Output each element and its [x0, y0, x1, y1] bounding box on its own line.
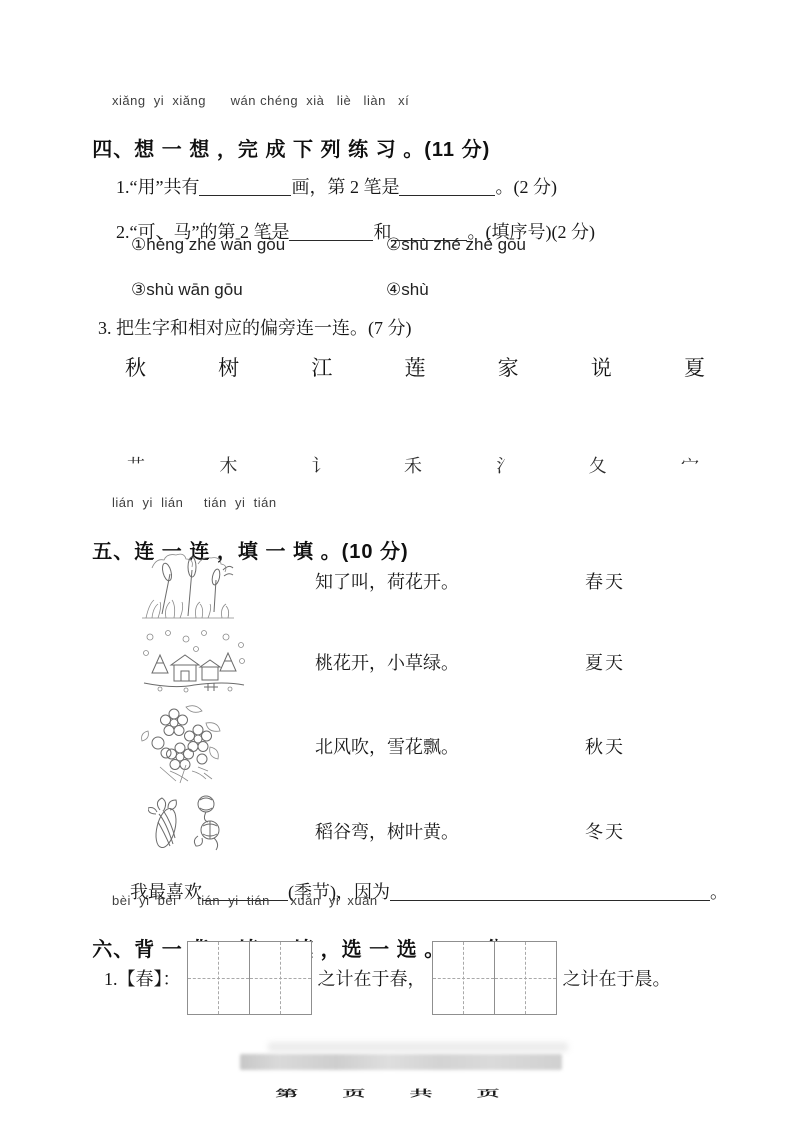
character-jia: 家 — [498, 352, 519, 382]
radical-wood: 木 — [219, 452, 237, 478]
item1-blank-2 — [399, 176, 495, 196]
row2-phrase: 桃花开，小草绿。 — [315, 649, 459, 675]
character-jiang: 江 — [311, 352, 332, 382]
radical-roof: 宀 — [681, 452, 699, 478]
writing-cell — [249, 942, 311, 1014]
item2-option-4: ④shù — [386, 280, 429, 300]
item1-text-pre: 1.“用”共有 — [116, 177, 199, 197]
footer-page-label: 第 页 共 页 — [275, 1086, 518, 1099]
radical-winter: 夂 — [589, 452, 607, 478]
row1-phrase: 知了叫，荷花开。 — [315, 568, 459, 594]
corn-flower-sketch — [148, 792, 228, 854]
writing-cell — [433, 942, 494, 1014]
character-lian: 莲 — [404, 352, 425, 382]
section4-pinyin: xiǎng yi xiǎng wán chéng xià liè liàn xí — [112, 93, 409, 108]
writing-cell — [188, 942, 249, 1014]
blossom-bouquet-sketch — [140, 701, 232, 787]
row3-phrase: 北风吹，雪花飘。 — [315, 733, 459, 759]
watermark-bar — [240, 1054, 562, 1070]
writing-grid-2 — [432, 941, 557, 1015]
item2-option-1: ①héng zhé wān gōu — [131, 235, 285, 255]
radical-speech: 讠 — [312, 452, 330, 478]
season-winter: 冬天 — [585, 818, 625, 844]
wheat-field-sketch — [140, 552, 236, 620]
snow-village-sketch — [138, 627, 250, 695]
fill-blank-reason — [390, 881, 710, 901]
season-autumn: 秋天 — [585, 733, 625, 759]
item1-label: 1.【春】： — [104, 965, 181, 991]
season-spring: 春天 — [585, 568, 625, 594]
character-xia: 夏 — [684, 352, 705, 382]
season-summer: 夏天 — [585, 649, 625, 675]
section6-pinyin: bèi yi bèi tián yi tián xuǎn yi xuǎn — [112, 893, 378, 908]
radical-grain: 禾 — [404, 452, 422, 478]
item1-text-post: 之计在于晨。 — [563, 965, 671, 991]
writing-grid-1 — [187, 941, 312, 1015]
character-shuo: 说 — [591, 352, 612, 382]
radical-water: 氵 — [496, 452, 514, 478]
writing-cell — [494, 942, 556, 1014]
section4-item3-title: 3. 把生字和相对应的偏旁连一连。(7 分) — [98, 314, 412, 340]
item1-text-mid: 画，第 2 笔是 — [291, 177, 399, 197]
row4-phrase: 稻谷弯，树叶黄。 — [315, 818, 459, 844]
item3-radicals-row: 艹 木 讠 禾 氵 夂 宀 — [127, 452, 699, 478]
section6-item1: 1.【春】： 之计在于春， 之计在于晨。 — [98, 938, 677, 1018]
section5-score: (10 分) — [342, 541, 409, 563]
character-shu: 树 — [218, 352, 239, 382]
item2-blank-1 — [289, 221, 373, 241]
exam-paper-page: xiǎng yi xiǎng wán chéng xià liè liàn xí… — [0, 0, 793, 1122]
character-qiu: 秋 — [125, 352, 146, 382]
watermark-bar-faint — [268, 1042, 568, 1052]
radical-grass: 艹 — [127, 452, 145, 478]
item2-option-2: ②shù zhé zhé gōu — [386, 235, 526, 255]
fill-text-post: 。 — [710, 882, 728, 902]
item1-text-post: 。(2 分) — [495, 177, 557, 197]
section5-pinyin: lián yi lián tián yi tián — [112, 495, 277, 510]
item2-option-3: ③shù wān gōu — [131, 280, 243, 300]
item3-characters-row: 秋 树 江 莲 家 说 夏 — [125, 352, 705, 382]
item1-blank-1 — [199, 176, 291, 196]
item1-text-mid: 之计在于春， — [318, 965, 426, 991]
